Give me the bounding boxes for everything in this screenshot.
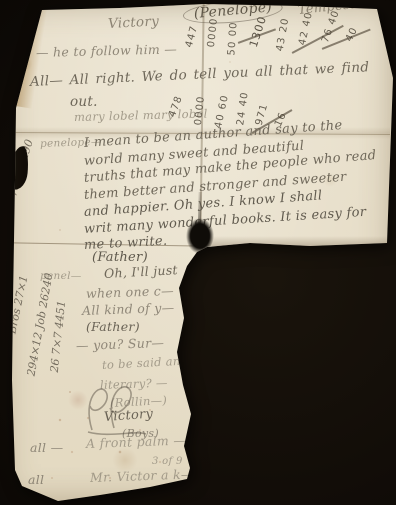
paper-edge-vignette — [0, 0, 396, 505]
paper-shadow: Victory (Penelope) Tempest 447 0000 50 0… — [0, 0, 396, 505]
manuscript-photo: Victory (Penelope) Tempest 447 0000 50 0… — [0, 0, 396, 505]
torn-paper-sheet: Victory (Penelope) Tempest 447 0000 50 0… — [0, 0, 396, 505]
